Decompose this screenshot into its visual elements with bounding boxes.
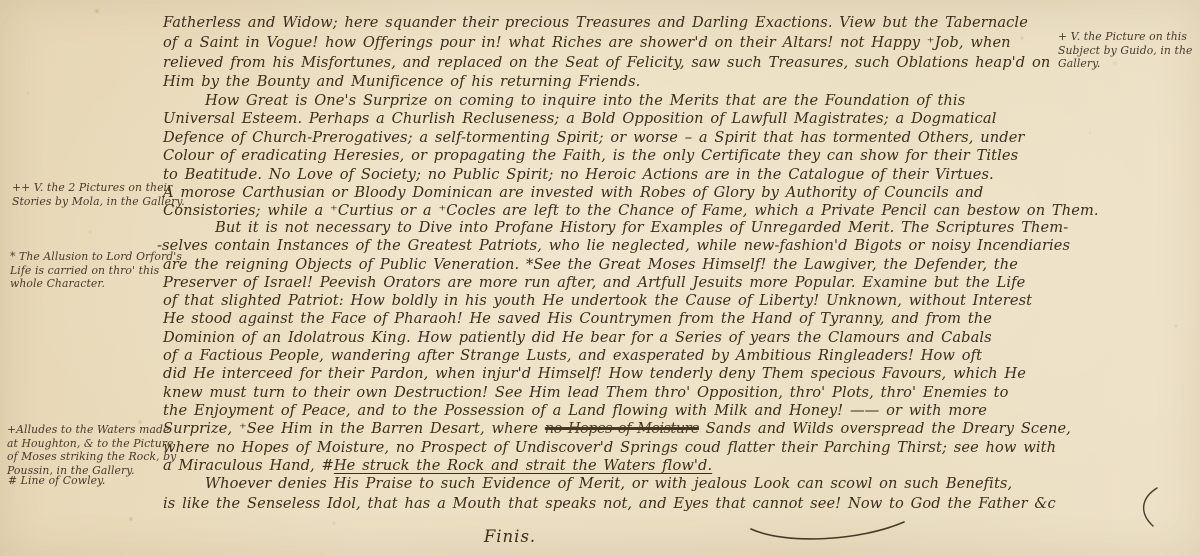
note-line: ++ V. the 2 Pictures on their (12, 181, 185, 195)
text-line: Him by the Bounty and Munificence of his… (163, 72, 1050, 92)
text-line: Dominion of an Idolatrous King. How pati… (163, 329, 1071, 347)
margin-note-mola: ++ V. the 2 Pictures on their Stories by… (12, 181, 185, 208)
text-line: Defence of Church-Prerogatives; a self-t… (163, 129, 1099, 147)
margin-note-guido: + V. the Picture on this Subject by Guid… (1058, 30, 1193, 71)
margin-note-houghton: +Alludes to the Waters made at Houghton,… (7, 423, 176, 477)
note-line: * The Allusion to Lord Orford's (10, 250, 182, 264)
margin-note-orford: * The Allusion to Lord Orford's Life is … (10, 250, 182, 291)
text-line: is like the Senseless Idol, that has a M… (163, 494, 1056, 514)
paragraph-3: But it is not necessary to Dive into Pro… (163, 219, 1071, 475)
text-line: Fatherless and Widow; here squander thei… (163, 13, 1050, 33)
note-line: Gallery. (1058, 57, 1193, 71)
paragraph-1: Fatherless and Widow; here squander thei… (163, 13, 1050, 92)
text-segment: Sands and Wilds overspread the Dreary Sc… (699, 420, 1071, 437)
note-line: Life is carried on thro' this (10, 264, 182, 278)
text-line: of that slighted Patriot: How boldly in … (163, 292, 1071, 310)
text-line: did He interceed for their Pardon, when … (163, 365, 1071, 383)
text-line: Whoever denies His Praise to such Eviden… (163, 474, 1056, 494)
flourish-swash-icon (748, 519, 908, 545)
text-line: Universal Esteem. Perhaps a Churlish Rec… (163, 110, 1099, 128)
paragraph-2: How Great is One's Surprize on coming to… (163, 92, 1099, 221)
text-line: the Enjoyment of Peace, and to the Posse… (163, 402, 1071, 420)
text-line-with-strikethrough: Surprize, ⁺See Him in the Barren Desart,… (163, 420, 1071, 438)
text-line: where no Hopes of Moisture, no Prospect … (163, 439, 1071, 457)
text-line: knew must turn to their own Destruction!… (163, 384, 1071, 402)
text-line-with-underline: a Miraculous Hand, #He struck the Rock a… (163, 457, 1071, 475)
note-line: Subject by Guido, in the (1058, 44, 1193, 58)
note-line: +Alludes to the Waters made (7, 423, 176, 437)
margin-note-cowley: # Line of Cowley. (8, 474, 105, 488)
text-line: But it is not necessary to Dive into Pro… (163, 219, 1071, 237)
note-line: of Moses striking the Rock, by (7, 450, 176, 464)
underlined-phrase: He struck the Rock and strait the Waters… (334, 457, 712, 474)
text-line: How Great is One's Surprize on coming to… (163, 92, 1099, 110)
text-line: to Beatitude. No Love of Society; no Pub… (163, 166, 1099, 184)
text-line: A morose Carthusian or Bloody Dominican … (163, 184, 1099, 202)
manuscript-page: Fatherless and Widow; here squander thei… (0, 0, 1200, 556)
finis-label: Finis. (430, 527, 590, 546)
text-line: He stood against the Face of Pharaoh! He… (163, 310, 1071, 328)
paragraph-4: Whoever denies His Praise to such Eviden… (163, 474, 1056, 513)
note-line: Stories by Mola, in the Gallery. (12, 195, 185, 209)
text-segment: Surprize, ⁺See Him in the Barren Desart,… (163, 420, 545, 437)
note-line: at Houghton, & to the Picture (7, 437, 176, 451)
text-line: Colour of eradicating Heresies, or propa… (163, 147, 1099, 165)
text-line: Preserver of Israel! Peevish Orators are… (163, 274, 1071, 292)
text-line: are the reigning Objects of Public Vener… (163, 256, 1071, 274)
text-segment: a Miraculous Hand, # (163, 457, 334, 474)
note-line: + V. the Picture on this (1058, 30, 1193, 44)
text-line: relieved from his Misfortunes, and repla… (163, 53, 1050, 73)
text-line: -selves contain Instances of the Greates… (157, 237, 1071, 255)
strikethrough-text: no Hopes of Moisture (545, 420, 699, 437)
note-line: whole Character. (10, 277, 182, 291)
page-curl-mark-icon (1136, 486, 1162, 528)
text-line: of a Factious People, wandering after St… (163, 347, 1071, 365)
note-line: # Line of Cowley. (8, 474, 105, 488)
text-line: of a Saint in Vogue! how Offerings pour … (163, 33, 1050, 53)
